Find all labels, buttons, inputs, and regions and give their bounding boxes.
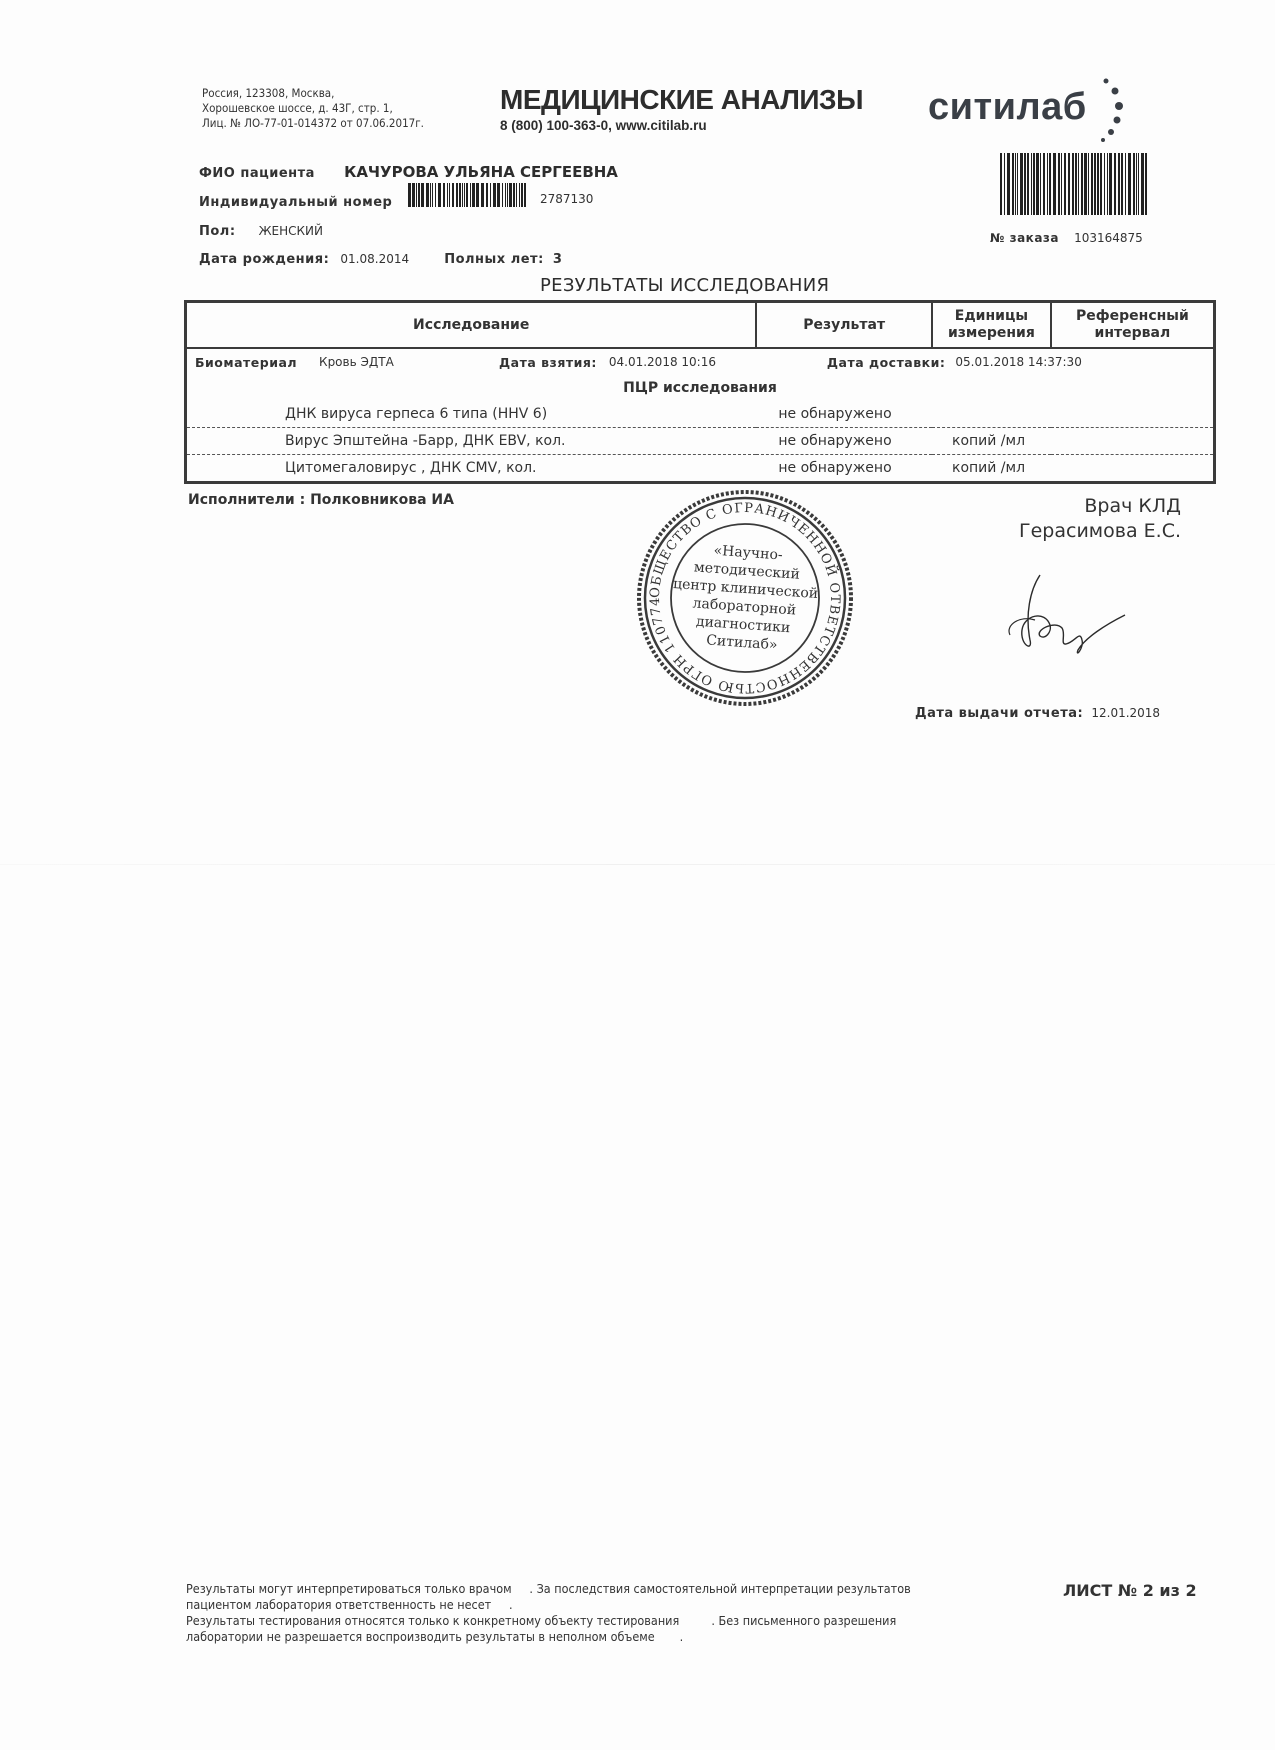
barcode-bar bbox=[1068, 153, 1071, 215]
patient-id-label: Индивидуальный номер bbox=[199, 195, 392, 210]
barcode-bar bbox=[472, 183, 475, 207]
table-row: ДНК вируса герпеса 6 типа (HHV 6) не обн… bbox=[186, 401, 1215, 428]
order-number-block: № заказа 103164875 bbox=[990, 227, 1143, 246]
address-line: Хорошевское шоссе, д. 43Г, стр. 1, bbox=[202, 101, 424, 116]
barcode-bar bbox=[412, 183, 415, 207]
brand-logo: ситилаб bbox=[928, 86, 1087, 129]
order-barcode bbox=[1000, 153, 1148, 215]
test-reference bbox=[1051, 455, 1215, 483]
barcode-bar bbox=[1049, 153, 1052, 215]
column-header-reference: Референсный интервал bbox=[1051, 302, 1215, 349]
barcode-bar bbox=[1047, 153, 1048, 215]
disclaimer-line: Результаты тестирования относятся только… bbox=[186, 1613, 911, 1629]
test-units bbox=[932, 401, 1051, 428]
barcode-bar bbox=[1094, 153, 1096, 215]
barcode-bar bbox=[1064, 153, 1066, 215]
barcode-bar bbox=[1053, 153, 1056, 215]
test-name: Вирус Эпштейна -Барр, ДНК EBV, кол. bbox=[186, 428, 757, 455]
barcode-bar bbox=[486, 183, 488, 207]
barcode-bar bbox=[1081, 153, 1084, 215]
column-header-units: Единицы измерения bbox=[932, 302, 1051, 349]
order-number: 103164875 bbox=[1074, 231, 1143, 245]
sex-value: ЖЕНСКИЙ bbox=[259, 224, 323, 238]
barcode-bar bbox=[1141, 153, 1144, 215]
column-header-result: Результат bbox=[756, 302, 932, 349]
group-header-row: ПЦР исследования bbox=[186, 375, 1215, 401]
barcode-bar bbox=[1036, 153, 1039, 215]
barcode-bar bbox=[1100, 153, 1102, 215]
barcode-bar bbox=[1104, 153, 1106, 215]
doctor-block: Врач КЛД Герасимова Е.С. bbox=[1019, 494, 1181, 544]
test-units: копий /мл bbox=[932, 455, 1051, 483]
svg-text:«Научно-: «Научно- bbox=[713, 543, 783, 564]
results-table: Исследование Результат Единицы измерения… bbox=[184, 300, 1216, 484]
barcode-bar bbox=[516, 183, 517, 207]
barcode-bar bbox=[1107, 153, 1108, 215]
barcode-bar bbox=[521, 183, 523, 207]
barcode-bar bbox=[524, 183, 526, 207]
barcode-bar bbox=[1097, 153, 1100, 215]
disclaimer-line: лаборатории не разрешается воспроизводит… bbox=[186, 1629, 911, 1645]
barcode-bar bbox=[456, 183, 458, 207]
test-result: не обнаружено bbox=[756, 401, 932, 428]
barcode-bar bbox=[470, 183, 472, 207]
barcode-bar bbox=[513, 183, 516, 207]
order-label: № заказа bbox=[990, 231, 1059, 245]
barcode-bar bbox=[1118, 153, 1120, 215]
patient-name-row: ФИО пациента КАЧУРОВА УЛЬЯНА СЕРГЕЕВНА bbox=[199, 162, 618, 181]
barcode-bar bbox=[1017, 153, 1018, 215]
dob-value: 01.08.2014 bbox=[340, 252, 409, 266]
barcode-bar bbox=[502, 183, 503, 207]
barcode-bar bbox=[447, 183, 448, 207]
barcode-bar bbox=[1004, 153, 1006, 215]
barcode-bar bbox=[1031, 153, 1033, 215]
barcode-bar bbox=[505, 183, 506, 207]
test-result: не обнаружено bbox=[756, 455, 932, 483]
issue-date-label: Дата выдачи отчета: bbox=[915, 706, 1083, 721]
barcode-bar bbox=[1061, 153, 1063, 215]
doctor-title: Врач КЛД bbox=[1019, 494, 1181, 519]
barcode-bar bbox=[1072, 153, 1074, 215]
test-units: копий /мл bbox=[932, 428, 1051, 455]
table-row: Цитомегаловирус , ДНК CMV, кол. не обнар… bbox=[186, 455, 1215, 483]
test-name: Цитомегаловирус , ДНК CMV, кол. bbox=[186, 455, 757, 483]
document-title: МЕДИЦИНСКИЕ АНАЛИЗЫ bbox=[500, 84, 863, 116]
taken-date-value: 04.01.2018 10:16 bbox=[609, 355, 827, 369]
barcode-bar bbox=[1084, 153, 1087, 215]
lab-stamp-icon: ОБЩЕСТВО С ОГРАНИЧЕННОЙ ОТВЕТСТВЕННОСТЬЮ… bbox=[636, 489, 854, 707]
barcode-bar bbox=[1020, 153, 1023, 215]
barcode-bar bbox=[1133, 153, 1135, 215]
license-line: Лиц. № ЛО-77-01-014372 от 07.06.2017г. bbox=[202, 116, 424, 131]
biomaterial-label: Биоматериал bbox=[195, 355, 297, 370]
barcode-bar bbox=[464, 183, 465, 207]
results-section-title: РЕЗУЛЬТАТЫ ИССЛЕДОВАНИЯ bbox=[540, 275, 829, 296]
patient-id-value: 2787130 bbox=[540, 192, 593, 206]
issue-date-value: 12.01.2018 bbox=[1091, 706, 1160, 720]
barcode-bar bbox=[493, 183, 496, 207]
barcode-bar bbox=[432, 183, 433, 207]
barcode-bar bbox=[1136, 153, 1138, 215]
paper-fold bbox=[0, 864, 1275, 865]
address-line: Россия, 123308, Москва, bbox=[202, 86, 424, 101]
barcode-bar bbox=[509, 183, 512, 207]
test-reference bbox=[1051, 428, 1215, 455]
barcode-bar bbox=[1125, 153, 1127, 215]
patient-id-barcode bbox=[408, 183, 528, 207]
barcode-bar bbox=[416, 183, 418, 207]
barcode-bar bbox=[1114, 153, 1117, 215]
barcode-bar bbox=[1000, 153, 1002, 215]
barcode-bar bbox=[497, 183, 500, 207]
barcode-bar bbox=[1058, 153, 1060, 215]
test-name: ДНК вируса герпеса 6 типа (HHV 6) bbox=[186, 401, 757, 428]
delivered-date-label: Дата доставки: bbox=[827, 355, 946, 370]
page-number: ЛИСТ № 2 из 2 bbox=[1063, 1581, 1197, 1600]
age-label: Полных лет: bbox=[444, 252, 544, 267]
barcode-bar bbox=[438, 183, 441, 207]
barcode-bar bbox=[1121, 153, 1123, 215]
barcode-bar bbox=[481, 183, 484, 207]
biomaterial-value: Кровь ЭДТА bbox=[319, 355, 499, 369]
barcode-bar bbox=[452, 183, 454, 207]
barcode-bar bbox=[1024, 153, 1027, 215]
patient-dob-row: Дата рождения: 01.08.2014 Полных лет: 3 bbox=[199, 248, 562, 267]
barcode-bar bbox=[490, 183, 492, 207]
barcode-bar bbox=[1043, 153, 1045, 215]
group-title: ПЦР исследования bbox=[186, 375, 1215, 401]
barcode-bar bbox=[435, 183, 436, 207]
barcode-bar bbox=[1033, 153, 1035, 215]
barcode-bar bbox=[430, 183, 431, 207]
barcode-bar bbox=[1091, 153, 1093, 215]
svg-text:Ситилаб»: Ситилаб» bbox=[706, 632, 778, 653]
table-header-row: Исследование Результат Единицы измерения… bbox=[186, 302, 1215, 349]
barcode-bar bbox=[1078, 153, 1079, 215]
doctor-signature-icon bbox=[1000, 570, 1130, 660]
biomaterial-row: Биоматериал Кровь ЭДТА Дата взятия: 04.0… bbox=[186, 348, 1215, 375]
age-value: 3 bbox=[553, 252, 563, 267]
disclaimer-line: пациентом лаборатория ответственность не… bbox=[186, 1597, 911, 1613]
barcode-bar bbox=[1088, 153, 1090, 215]
test-result: не обнаружено bbox=[756, 428, 932, 455]
table-row: Вирус Эпштейна -Барр, ДНК EBV, кол. не о… bbox=[186, 428, 1215, 455]
patient-name: КАЧУРОВА УЛЬЯНА СЕРГЕЕВНА bbox=[344, 163, 618, 181]
barcode-bar bbox=[1015, 153, 1017, 215]
barcode-bar bbox=[462, 183, 463, 207]
barcode-bar bbox=[1027, 153, 1029, 215]
disclaimer: Результаты могут интерпретироваться толь… bbox=[186, 1581, 911, 1645]
barcode-bar bbox=[421, 183, 424, 207]
delivered-date-value: 05.01.2018 14:37:30 bbox=[955, 355, 1081, 369]
taken-date-label: Дата взятия: bbox=[499, 355, 597, 370]
sex-label: Пол: bbox=[199, 224, 236, 239]
barcode-bar bbox=[443, 183, 446, 207]
barcode-bar bbox=[459, 183, 461, 207]
barcode-bar bbox=[476, 183, 479, 207]
lab-address: Россия, 123308, Москва, Хорошевское шосс… bbox=[202, 86, 424, 131]
barcode-bar bbox=[507, 183, 508, 207]
barcode-bar bbox=[418, 183, 420, 207]
patient-name-label: ФИО пациента bbox=[199, 166, 315, 181]
barcode-bar bbox=[1075, 153, 1077, 215]
barcode-bar bbox=[1128, 153, 1131, 215]
barcode-bar bbox=[1007, 153, 1010, 215]
barcode-bar bbox=[408, 183, 411, 207]
barcode-bar bbox=[426, 183, 429, 207]
disclaimer-line: Результаты могут интерпретироваться толь… bbox=[186, 1581, 911, 1597]
barcode-bar bbox=[1040, 153, 1042, 215]
barcode-bar bbox=[1012, 153, 1014, 215]
patient-id-row: Индивидуальный номер bbox=[199, 191, 392, 210]
barcode-bar bbox=[466, 183, 468, 207]
barcode-bar bbox=[1109, 153, 1112, 215]
doctor-name: Герасимова Е.С. bbox=[1019, 519, 1181, 544]
dots-arc-icon bbox=[1100, 76, 1130, 146]
barcode-bar bbox=[519, 183, 520, 207]
barcode-bar bbox=[1138, 153, 1139, 215]
patient-sex-row: Пол: ЖЕНСКИЙ bbox=[199, 220, 323, 239]
test-reference bbox=[1051, 401, 1215, 428]
lab-contacts: 8 (800) 100-363-0, www.citilab.ru bbox=[500, 118, 707, 133]
issue-date-row: Дата выдачи отчета: 12.01.2018 bbox=[915, 706, 1160, 721]
column-header-test: Исследование bbox=[186, 302, 757, 349]
barcode-bar bbox=[1145, 153, 1148, 215]
dob-label: Дата рождения: bbox=[199, 252, 329, 267]
barcode-bar bbox=[449, 183, 450, 207]
executors: Исполнители : Полковникова ИА bbox=[188, 492, 454, 508]
